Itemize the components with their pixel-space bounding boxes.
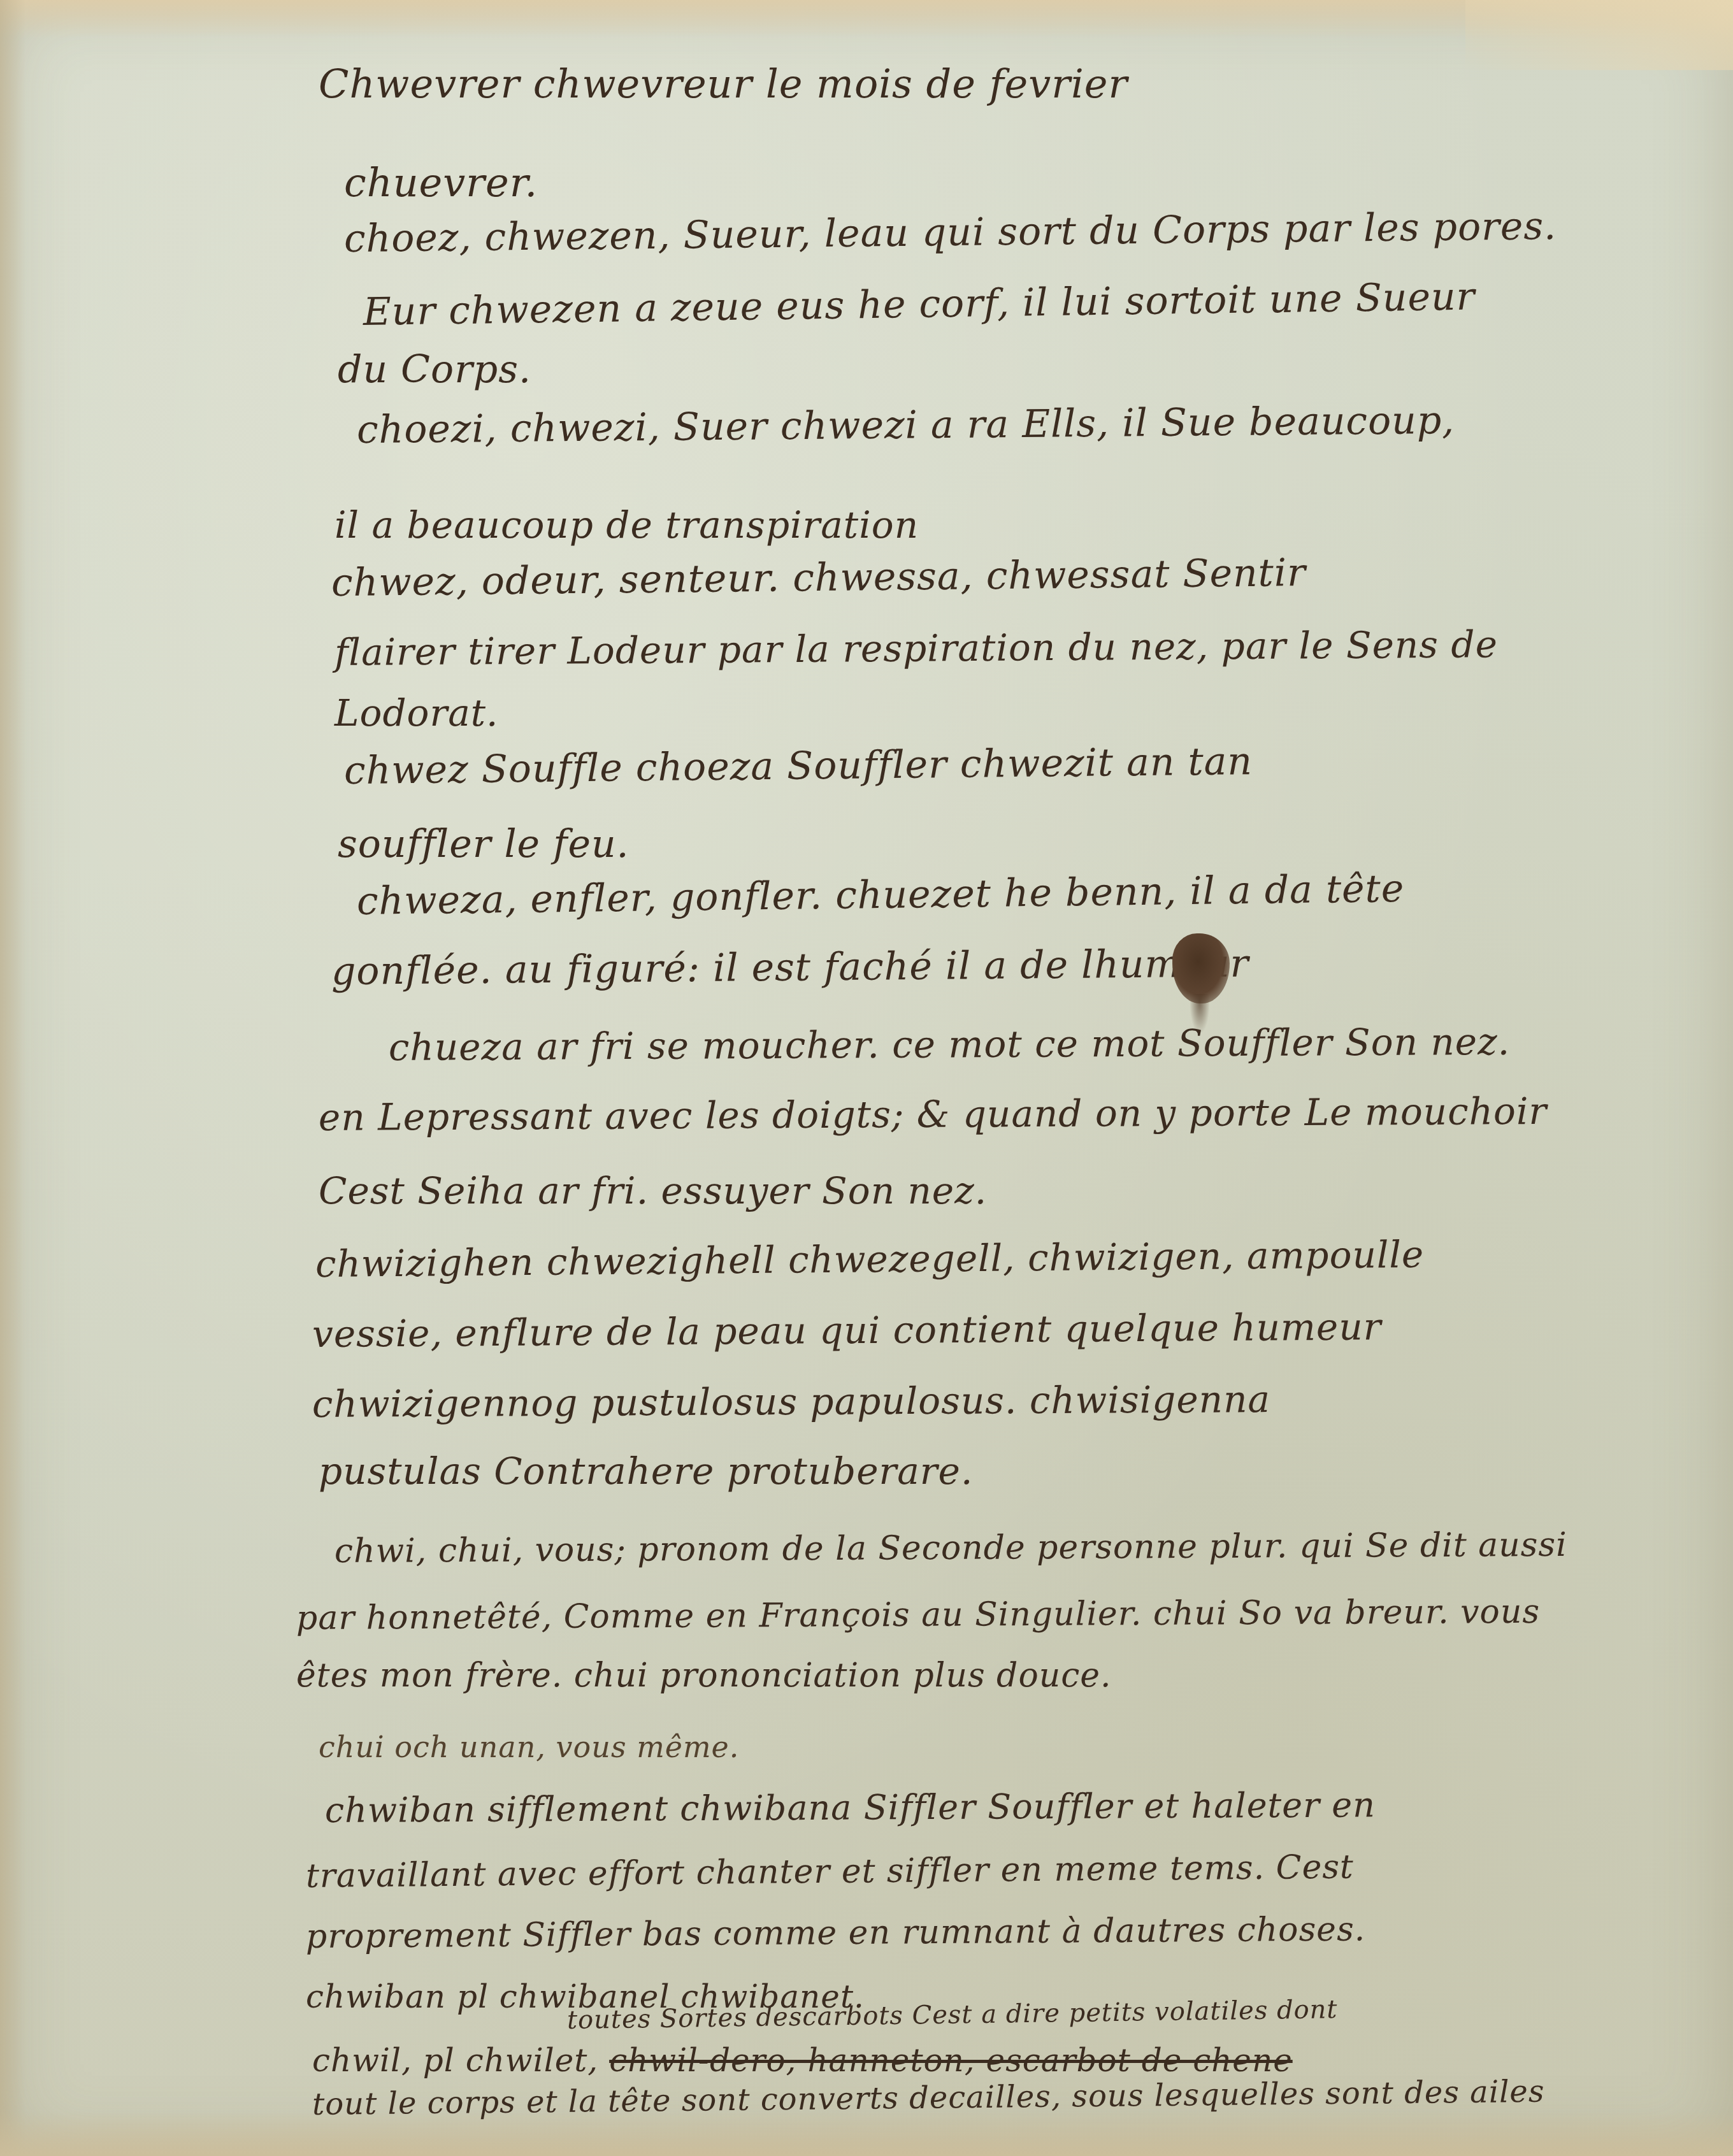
manuscript-line: chwez, odeur, senteur. chwessa, chwessat… bbox=[331, 550, 1306, 605]
manuscript-line: souffler le feu. bbox=[338, 822, 629, 866]
manuscript-line: chwiban sifflement chwibana Siffler Souf… bbox=[325, 1785, 1376, 1830]
manuscript-line: Chwevrer chwevreur le mois de fevrier bbox=[319, 61, 1128, 107]
manuscript-line: Cest Seiha ar fri. essuyer Son nez. bbox=[319, 1169, 987, 1212]
manuscript-line: chweza, enfler, gonfler. chuezet he benn… bbox=[357, 866, 1405, 924]
torn-corner bbox=[1465, 0, 1733, 70]
manuscript-line: gonflée. au figuré: il est faché il a de… bbox=[331, 941, 1249, 994]
manuscript-line: chwizigennog pustulosus papulosus. chwis… bbox=[312, 1377, 1270, 1426]
manuscript-line: du Corps. bbox=[338, 347, 531, 392]
manuscript-line: chuevrer. bbox=[344, 159, 538, 206]
manuscript-line: êtes mon frère. chui prononciation plus … bbox=[296, 1657, 1112, 1695]
manuscript-line: il a beaucoup de transpiration bbox=[334, 503, 919, 547]
manuscript-line: chwez Souffle choeza Souffler chwezit an… bbox=[344, 739, 1253, 793]
manuscript-line: chueza ar fri se moucher. ce mot ce mot … bbox=[389, 1020, 1510, 1069]
paper-left-edge bbox=[0, 0, 25, 2156]
struck-text: chwil-dero, hanneton, escarbot de chene bbox=[609, 2042, 1293, 2079]
manuscript-line: choezi, chwezi, Suer chwezi a ra Ells, i… bbox=[357, 398, 1455, 452]
manuscript-line: pustulas Contrahere protuberare. bbox=[319, 1449, 973, 1493]
manuscript-line: chwil, pl chwilet, chwil-dero, hanneton,… bbox=[312, 2042, 1293, 2079]
manuscript-line: travaillant avec effort chanter et siffl… bbox=[306, 1848, 1354, 1895]
manuscript-line: choez, chwezen, Sueur, leau qui sort du … bbox=[344, 204, 1557, 261]
manuscript-line: par honnetêté, Comme en François au Sing… bbox=[296, 1593, 1540, 1637]
ink-blot-drip bbox=[1190, 994, 1209, 1032]
manuscript-line: chwi, chui, vous; pronom de la Seconde p… bbox=[334, 1526, 1567, 1570]
manuscript-line: en Lepressant avec les doigts; & quand o… bbox=[319, 1089, 1548, 1139]
manuscript-line: chwizighen chwezighell chwezegell, chwiz… bbox=[315, 1233, 1425, 1286]
manuscript-line: proprement Siffler bas comme en rumnant … bbox=[306, 1910, 1366, 1956]
manuscript-page: Chwevrer chwevreur le mois de fevrier ch… bbox=[0, 0, 1733, 2156]
manuscript-line: Eur chwezen a zeue eus he corf, il lui s… bbox=[363, 275, 1476, 334]
line-lead: chwil, pl chwilet, bbox=[312, 2042, 609, 2079]
manuscript-line: vessie, enflure de la peau qui contient … bbox=[312, 1305, 1382, 1356]
paper-bottom-edge bbox=[0, 2111, 1733, 2156]
manuscript-line: flairer tirer Lodeur par la respiration … bbox=[334, 622, 1498, 674]
ink-blot bbox=[1172, 933, 1230, 1003]
manuscript-line: Lodorat. bbox=[334, 691, 499, 735]
manuscript-line: chui och unan, vous même. bbox=[319, 1730, 739, 1764]
